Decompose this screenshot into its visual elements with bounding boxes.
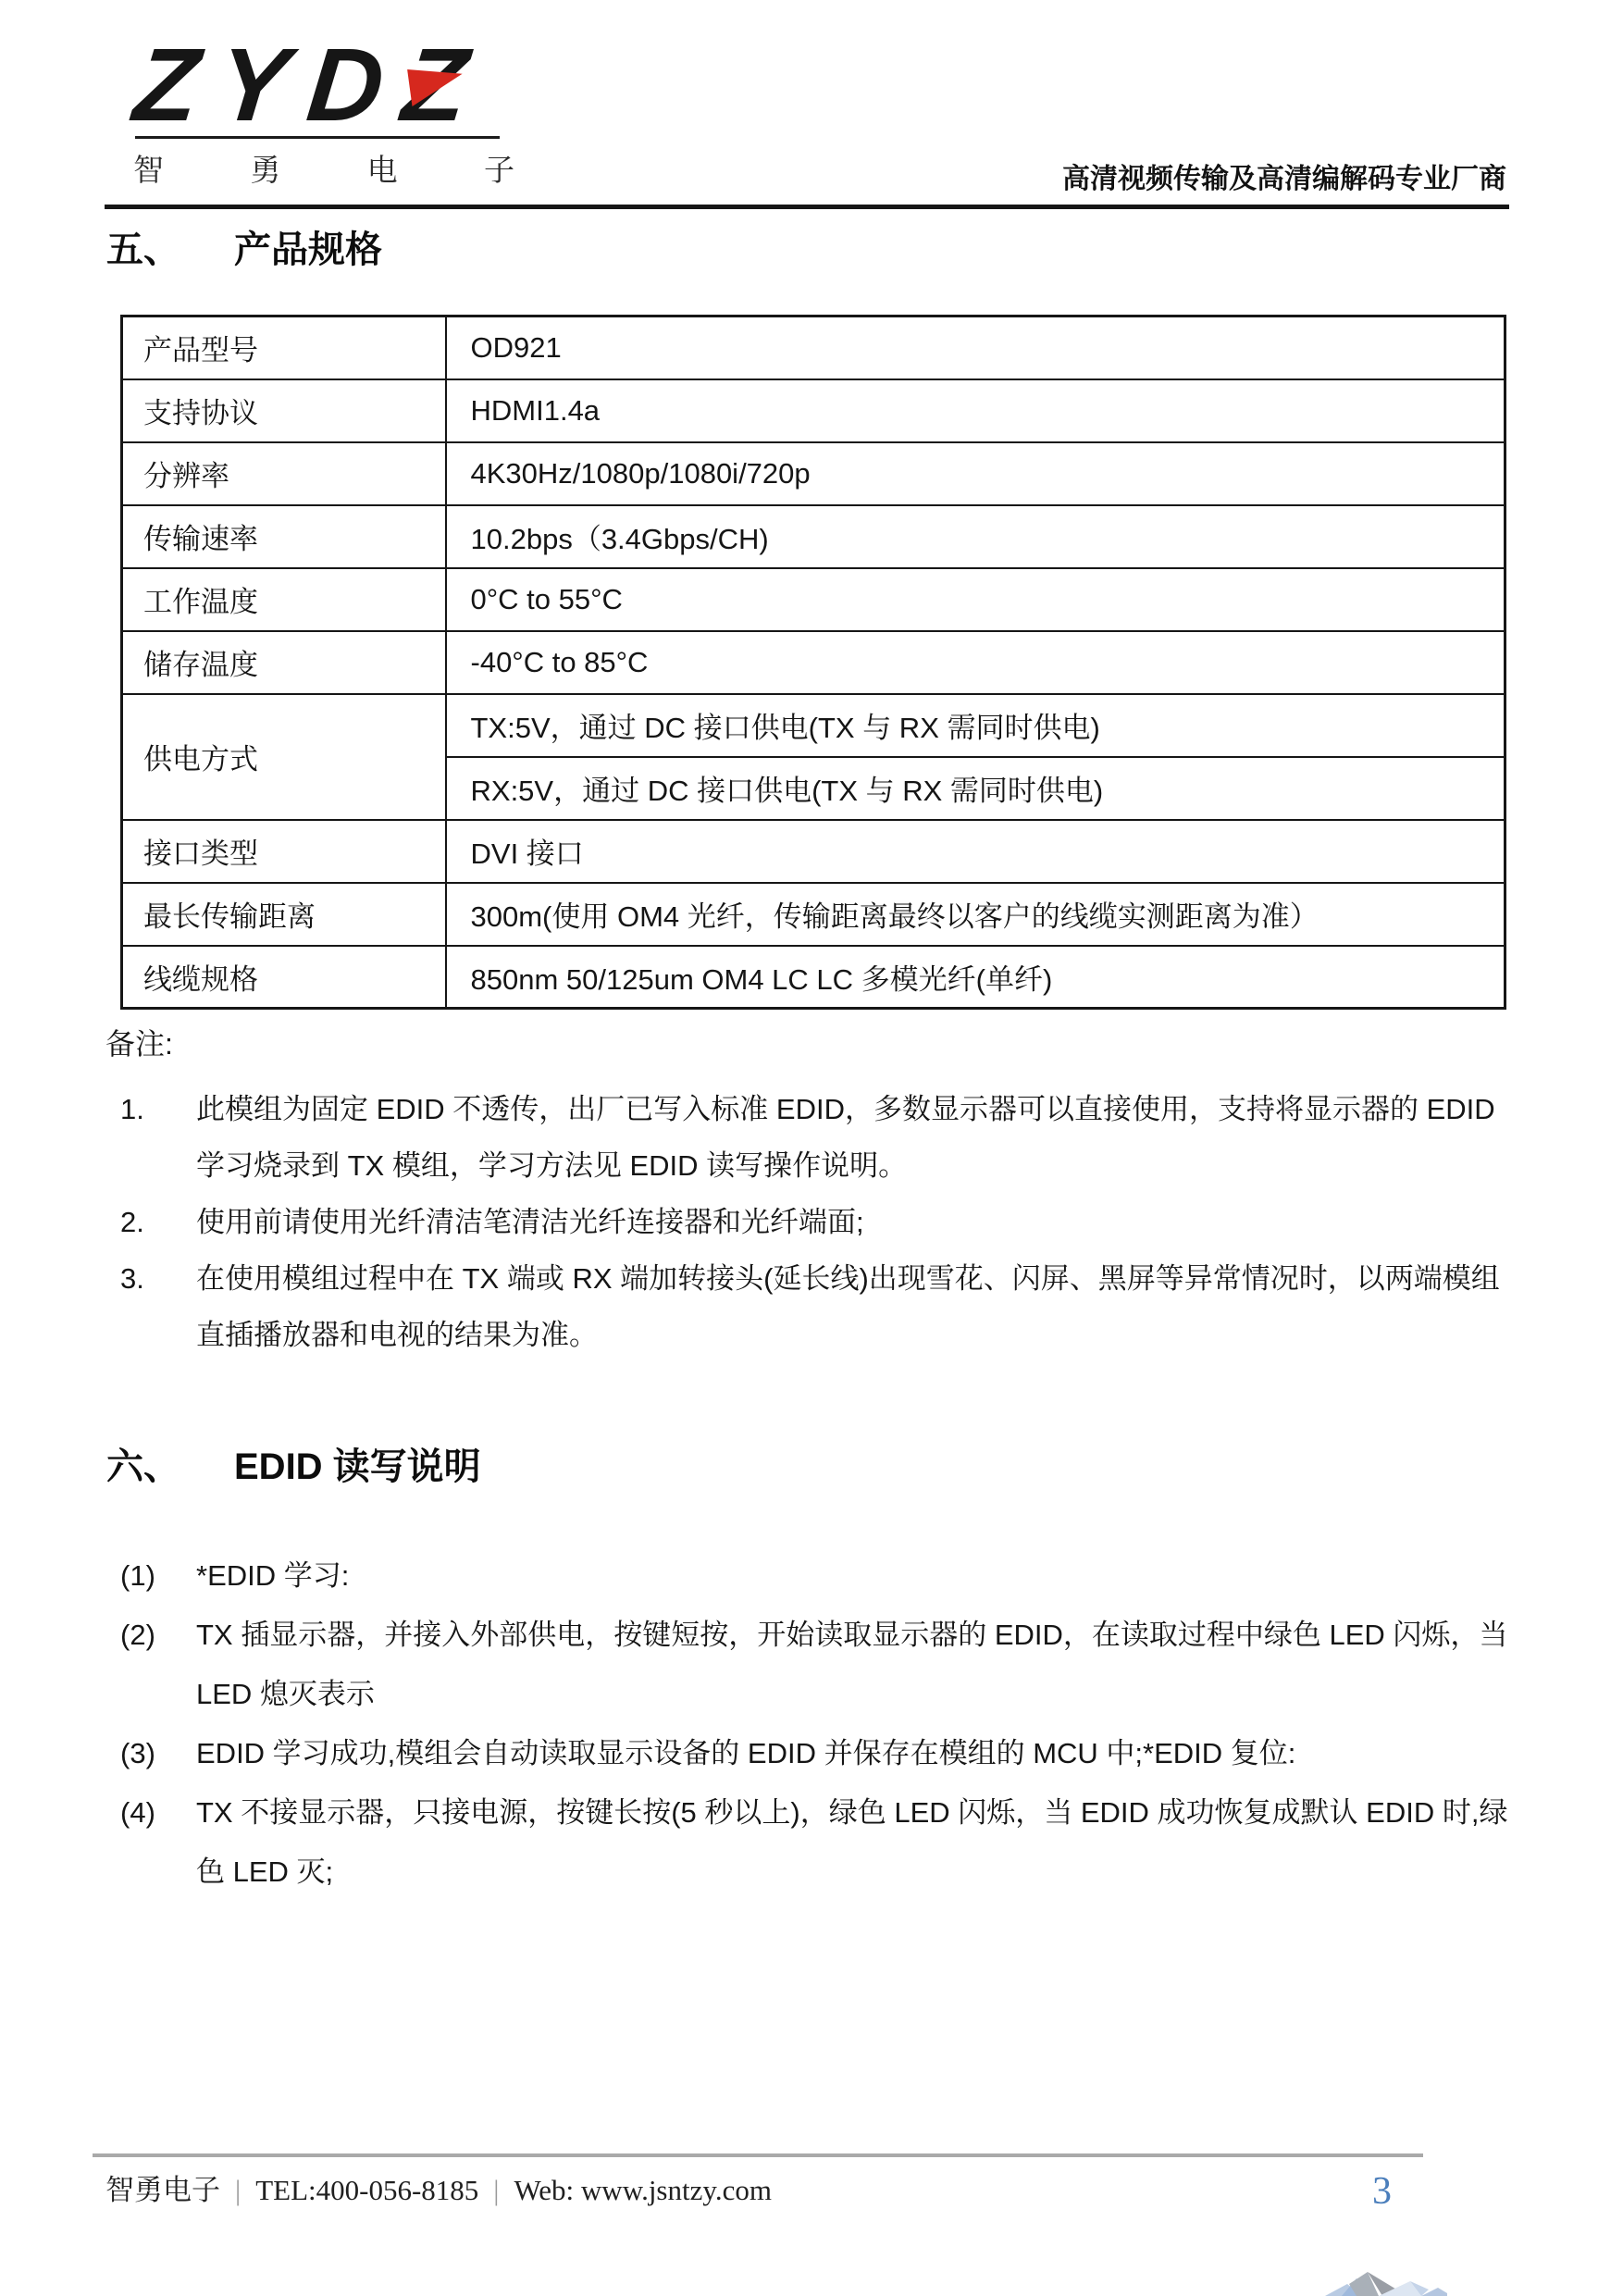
section5-title: 五、产品规格 <box>106 220 382 273</box>
logo-underline <box>135 136 500 139</box>
spec-value: DVI 接口 <box>446 820 1505 883</box>
list-item-number: 2. <box>120 1194 196 1250</box>
spec-label: 传输速率 <box>122 505 446 568</box>
spec-table: 产品型号 OD921 支持协议 HDMI1.4a 分辨率 4K30Hz/1080… <box>120 315 1506 1010</box>
logo-company-name: 智 勇 电 子 <box>133 146 514 190</box>
list-item-number: (4) <box>120 1783 196 1843</box>
table-row: 分辨率 4K30Hz/1080p/1080i/720p <box>122 442 1505 505</box>
spec-value: 4K30Hz/1080p/1080i/720p <box>446 442 1505 505</box>
spec-label: 接口类型 <box>122 820 446 883</box>
spec-label: 线缆规格 <box>122 946 446 1009</box>
section6-label: EDID 读写说明 <box>234 1446 481 1487</box>
table-row: 储存温度 -40°C to 85°C <box>122 631 1505 694</box>
logo-char: 智 <box>133 146 164 190</box>
table-row: 线缆规格 850nm 50/125um OM4 LC LC 多模光纤(单纤) <box>122 946 1505 1009</box>
table-row: 供电方式 TX:5V，通过 DC 接口供电(TX 与 RX 需同时供电) <box>122 694 1505 757</box>
section5-number: 五、 <box>106 230 180 270</box>
spec-value: 10.2bps（3.4Gbps/CH) <box>446 505 1505 568</box>
list-item: 1. 此模组为固定 EDID 不透传，出厂已写入标准 EDID，多数显示器可以直… <box>120 1081 1519 1194</box>
spec-label: 供电方式 <box>122 694 446 820</box>
section5-label: 产品规格 <box>234 230 382 270</box>
list-item: (3) EDID 学习成功,模组会自动读取显示设备的 EDID 并保存在模组的 … <box>120 1724 1519 1783</box>
table-row: 支持协议 HDMI1.4a <box>122 379 1505 442</box>
list-item: (4) TX 不接显示器，只接电源，按键长按(5 秒以上)，绿色 LED 闪烁，… <box>120 1783 1519 1902</box>
list-item-text: 使用前请使用光纤清洁笔清洁光纤连接器和光纤端面; <box>196 1194 1519 1250</box>
section6-number: 六、 <box>106 1446 180 1487</box>
notes-list: 1. 此模组为固定 EDID 不透传，出厂已写入标准 EDID，多数显示器可以直… <box>120 1081 1519 1363</box>
logo-char: 电 <box>367 146 398 190</box>
list-item: (2) TX 插显示器，并接入外部供电，按键短按，开始读取显示器的 EDID，在… <box>120 1606 1519 1724</box>
table-row: 最长传输距离 300m(使用 OM4 光纤，传输距离最终以客户的线缆实测距离为准… <box>122 883 1505 946</box>
spec-label: 最长传输距离 <box>122 883 446 946</box>
footer-divider <box>93 2153 1423 2157</box>
footer-telephone: TEL:400-056-8185 <box>255 2174 478 2207</box>
spec-value: -40°C to 85°C <box>446 631 1505 694</box>
spec-value: HDMI1.4a <box>446 379 1505 442</box>
spec-label: 产品型号 <box>122 316 446 379</box>
page-number: 3 <box>1372 2169 1392 2214</box>
footer-separator: | <box>235 2174 241 2207</box>
list-item-number: (3) <box>120 1724 196 1783</box>
list-item: 3. 在使用模组过程中在 TX 端或 RX 端加转接头(延长线)出现雪花、闪屏、… <box>120 1250 1519 1363</box>
footer-website: Web: www.jsntzy.com <box>514 2174 772 2207</box>
table-row: 产品型号 OD921 <box>122 316 1505 379</box>
list-item-text: *EDID 学习: <box>196 1546 1519 1606</box>
company-logo: ZYDZ 智 勇 电 子 <box>135 43 514 128</box>
header-divider <box>105 205 1509 209</box>
list-item-number: (2) <box>120 1606 196 1665</box>
header-tagline: 高清视频传输及高清编解码专业厂商 <box>1062 155 1506 196</box>
document-page: ZYDZ 智 勇 电 子 高清视频传输及高清编解码专业厂商 五、产品规格 产品型… <box>0 0 1623 2296</box>
list-item-number: (1) <box>120 1546 196 1606</box>
spec-value: RX:5V，通过 DC 接口供电(TX 与 RX 需同时供电) <box>446 757 1505 820</box>
table-row: 工作温度 0°C to 55°C <box>122 568 1505 631</box>
spec-label: 储存温度 <box>122 631 446 694</box>
logo-char: 勇 <box>250 146 280 190</box>
spec-value: 0°C to 55°C <box>446 568 1505 631</box>
section6-title: 六、EDID 读写说明 <box>106 1437 481 1490</box>
spec-value: 300m(使用 OM4 光纤，传输距离最终以客户的线缆实测距离为准） <box>446 883 1505 946</box>
footer: 智勇电子 | TEL:400-056-8185 | Web: www.jsntz… <box>105 2166 772 2208</box>
notes-heading: 备注: <box>105 1021 173 1063</box>
spec-label: 支持协议 <box>122 379 446 442</box>
table-row: 传输速率 10.2bps（3.4Gbps/CH) <box>122 505 1505 568</box>
spec-label: 工作温度 <box>122 568 446 631</box>
spec-value: TX:5V，通过 DC 接口供电(TX 与 RX 需同时供电) <box>446 694 1505 757</box>
list-item-text: 此模组为固定 EDID 不透传，出厂已写入标准 EDID，多数显示器可以直接使用… <box>196 1081 1519 1194</box>
edid-instructions-list: (1) *EDID 学习: (2) TX 插显示器，并接入外部供电，按键短按，开… <box>120 1546 1519 1902</box>
footer-separator: | <box>493 2174 499 2207</box>
spec-label: 分辨率 <box>122 442 446 505</box>
lowpoly-mountain-decoration <box>1325 2269 1447 2296</box>
spec-value: OD921 <box>446 316 1505 379</box>
logo-char: 子 <box>484 146 514 190</box>
logo-wordmark: ZYDZ <box>130 43 519 128</box>
list-item: (1) *EDID 学习: <box>120 1546 1519 1606</box>
spec-value: 850nm 50/125um OM4 LC LC 多模光纤(单纤) <box>446 946 1505 1009</box>
list-item-text: TX 插显示器，并接入外部供电，按键短按，开始读取显示器的 EDID，在读取过程… <box>196 1606 1519 1724</box>
footer-company: 智勇电子 <box>105 2166 220 2208</box>
list-item-number: 1. <box>120 1081 196 1137</box>
list-item-text: 在使用模组过程中在 TX 端或 RX 端加转接头(延长线)出现雪花、闪屏、黑屏等… <box>196 1250 1519 1363</box>
list-item-number: 3. <box>120 1250 196 1307</box>
table-row: 接口类型 DVI 接口 <box>122 820 1505 883</box>
list-item: 2. 使用前请使用光纤清洁笔清洁光纤连接器和光纤端面; <box>120 1194 1519 1250</box>
list-item-text: TX 不接显示器，只接电源，按键长按(5 秒以上)，绿色 LED 闪烁，当 ED… <box>196 1783 1519 1902</box>
list-item-text: EDID 学习成功,模组会自动读取显示设备的 EDID 并保存在模组的 MCU … <box>196 1724 1519 1783</box>
